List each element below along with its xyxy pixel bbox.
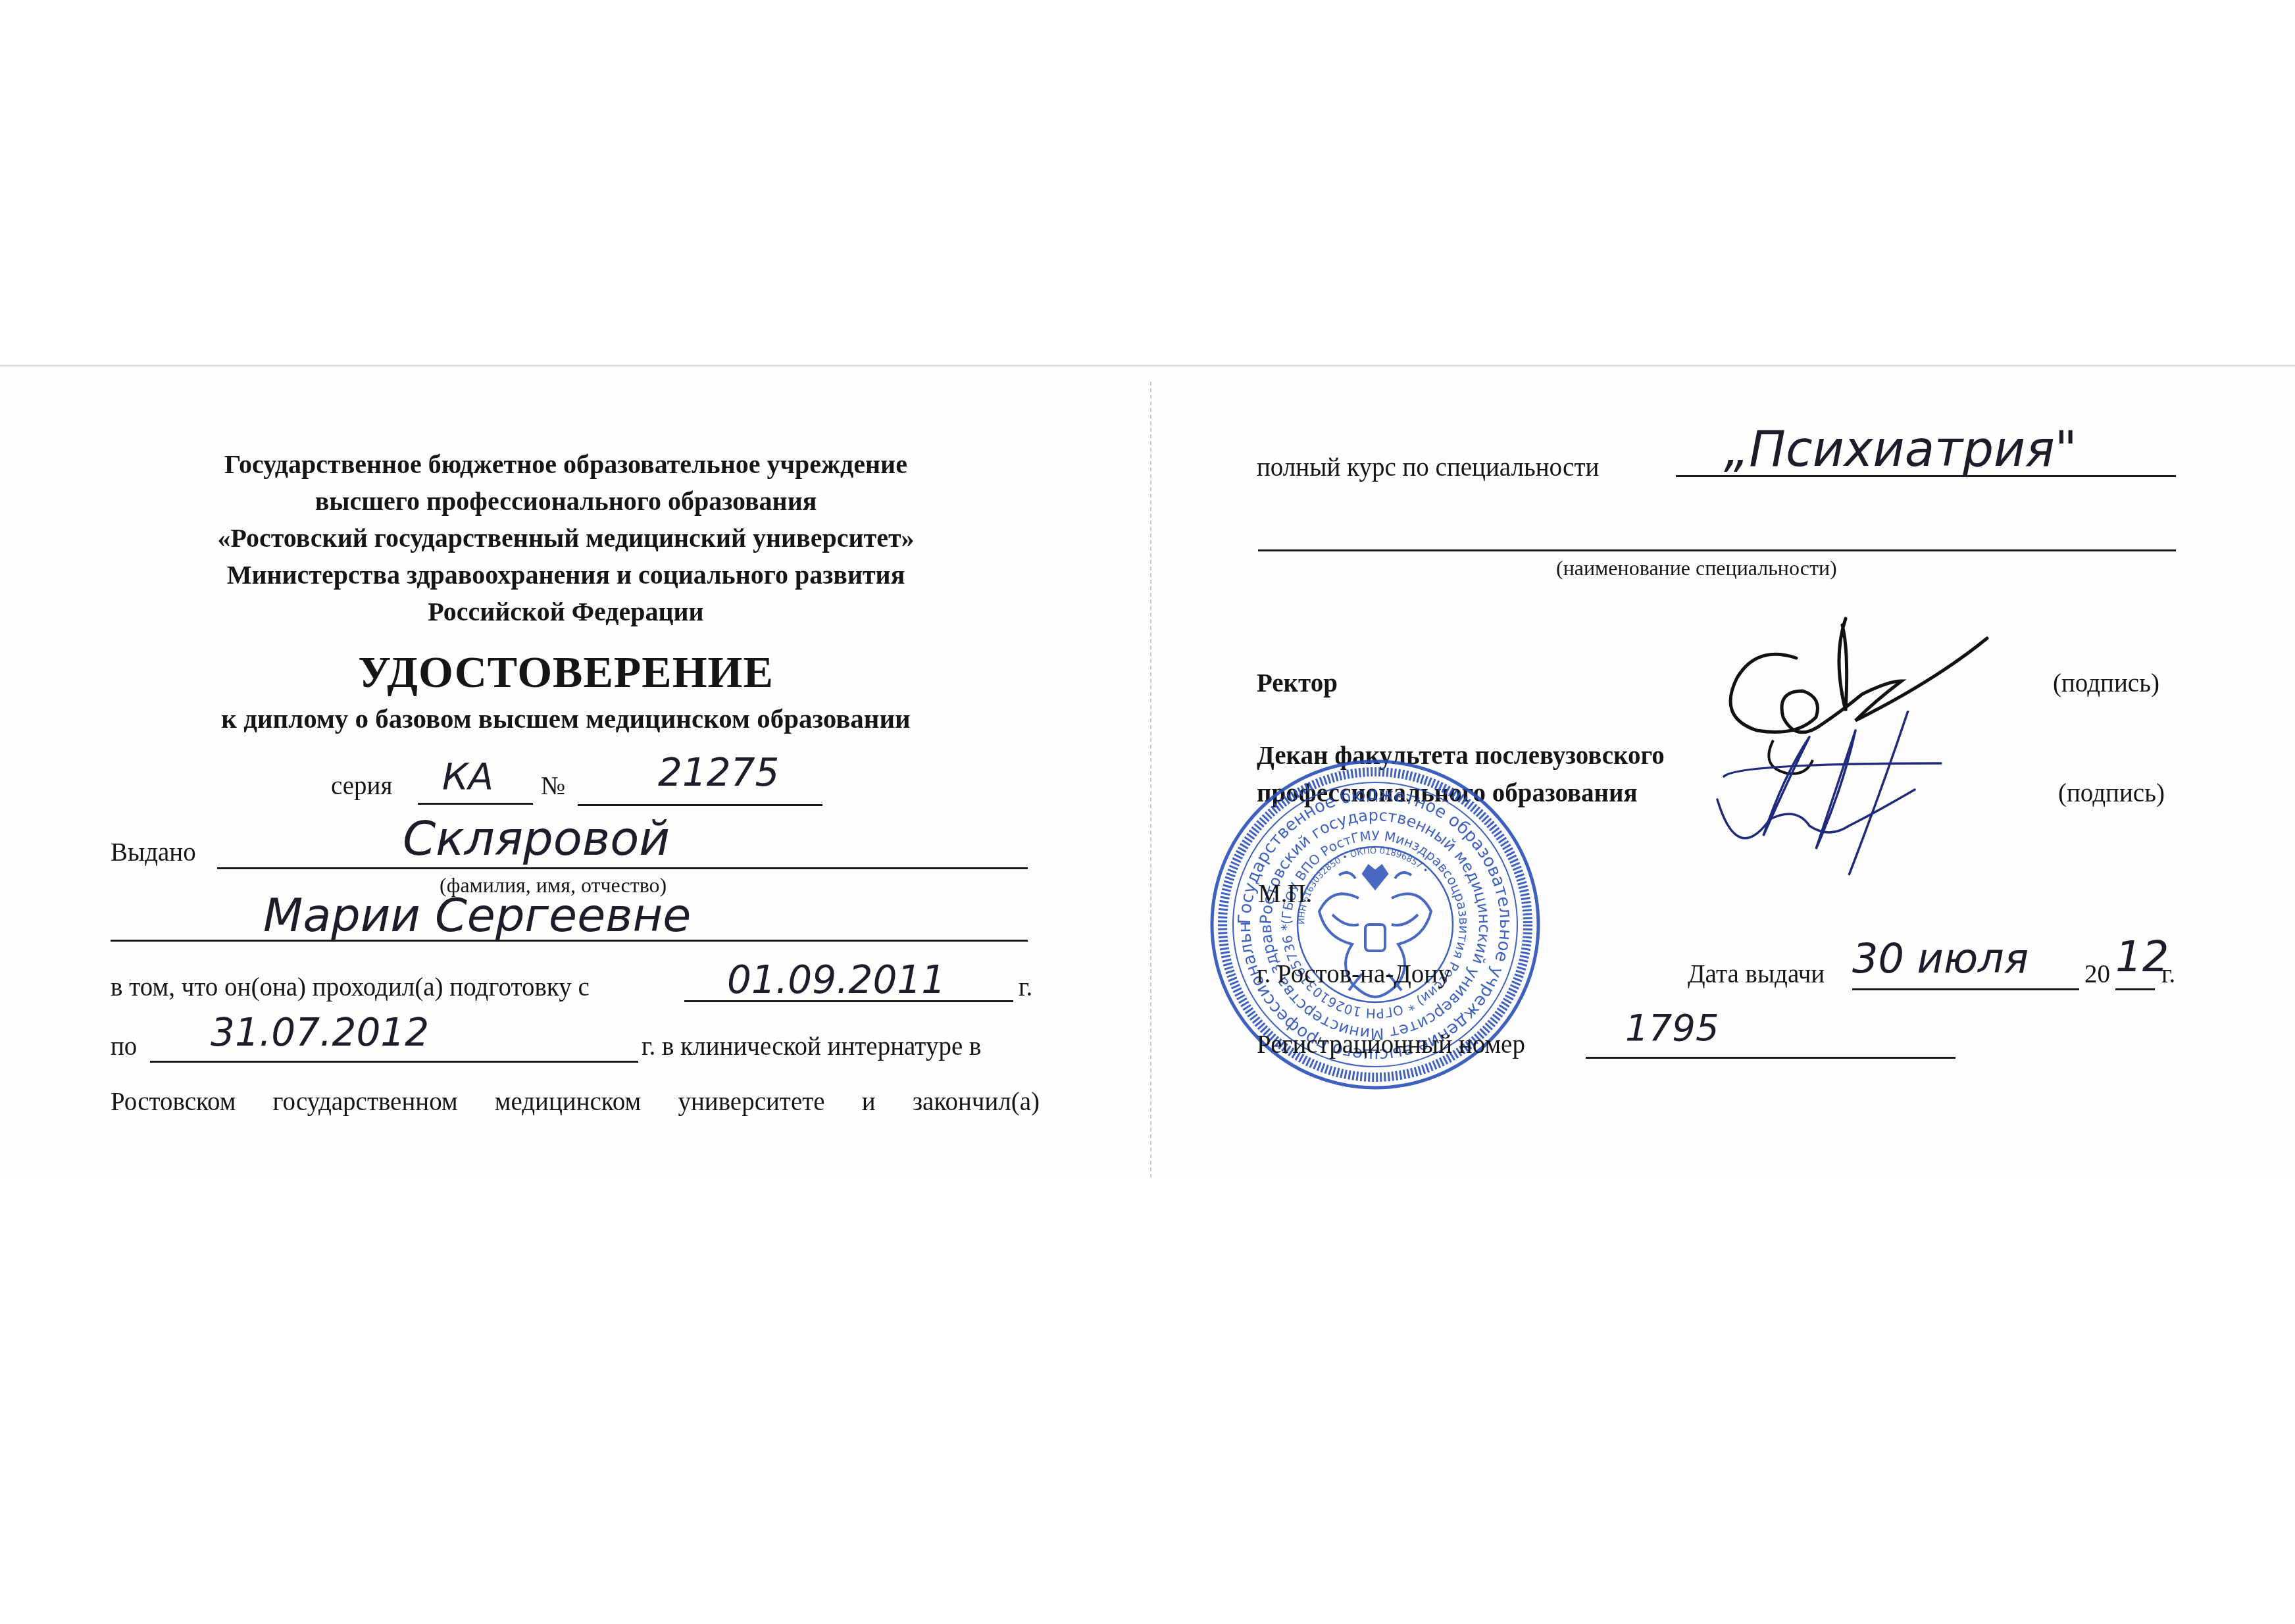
issued-underline — [217, 867, 1028, 869]
issued-name: Марии Сергеевне — [263, 888, 691, 942]
specialty-second-underline — [1258, 549, 2176, 551]
number-underline — [578, 804, 822, 806]
header-line-4: Министерства здравоохранения и социально… — [112, 557, 1020, 594]
header-line-3: «Ростовский государственный медицинский … — [112, 520, 1020, 557]
issue-date-underline — [1852, 988, 2079, 990]
reg-number-value: 1795 — [1625, 1007, 1719, 1050]
training-from-label: в том, что он(она) проходил(а) подготовк… — [111, 973, 590, 1002]
dean-signature — [1711, 711, 2007, 882]
issued-surname: Скляровой — [403, 811, 670, 866]
issue-year-prefix: 20 — [2084, 959, 2110, 989]
header-line-1: Государственное бюджетное образовательно… — [112, 446, 1020, 483]
issue-date-value: 30 июля — [1852, 934, 2029, 982]
training-from-value: 01.09.2011 — [727, 957, 946, 1002]
header-line-5: Российской Федерации — [112, 594, 1020, 630]
number-label: № — [541, 771, 565, 801]
rector-label: Ректор — [1257, 669, 1338, 698]
specialty-value: „Психиатрия" — [1724, 421, 2077, 478]
issue-year-underline — [2115, 988, 2155, 990]
series-label: серия — [331, 771, 392, 801]
header-line-2: высшего профессионального образования — [112, 483, 1020, 520]
training-to-value: 31.07.2012 — [211, 1010, 429, 1055]
training-from-year-suffix: г. — [1019, 973, 1032, 1002]
series-underline — [418, 803, 533, 805]
specialty-caption: (наименование специальности) — [1556, 556, 1837, 580]
issue-year-suffix: г. — [2161, 959, 2175, 989]
training-to-label: по — [111, 1032, 137, 1061]
number-value: 21275 — [658, 750, 780, 795]
document-subtitle: к диплому о базовом высшем медицинском о… — [112, 703, 1020, 734]
reg-number-underline — [1586, 1057, 1955, 1059]
series-value: КА — [442, 755, 493, 798]
institution-header: Государственное бюджетное образовательно… — [112, 446, 1020, 630]
issued-label: Выдано — [111, 838, 196, 867]
training-to-underline — [150, 1061, 638, 1063]
issue-date-label: Дата выдачи — [1688, 959, 1825, 989]
seal-label: М.П. — [1258, 879, 1312, 909]
document-title: УДОСТОВЕРЕНИЕ — [112, 646, 1020, 698]
closing-line: Ростовском государственном медицинском у… — [111, 1087, 1040, 1117]
course-label: полный курс по специальности — [1257, 453, 1599, 482]
training-to-suffix: г. в клинической интернатуре в — [642, 1032, 981, 1061]
reg-number-label: Регистрационный номер — [1257, 1030, 1525, 1059]
city-label: г. Ростов-на-Дону — [1257, 959, 1451, 989]
page-fold-line — [1150, 382, 1151, 1178]
